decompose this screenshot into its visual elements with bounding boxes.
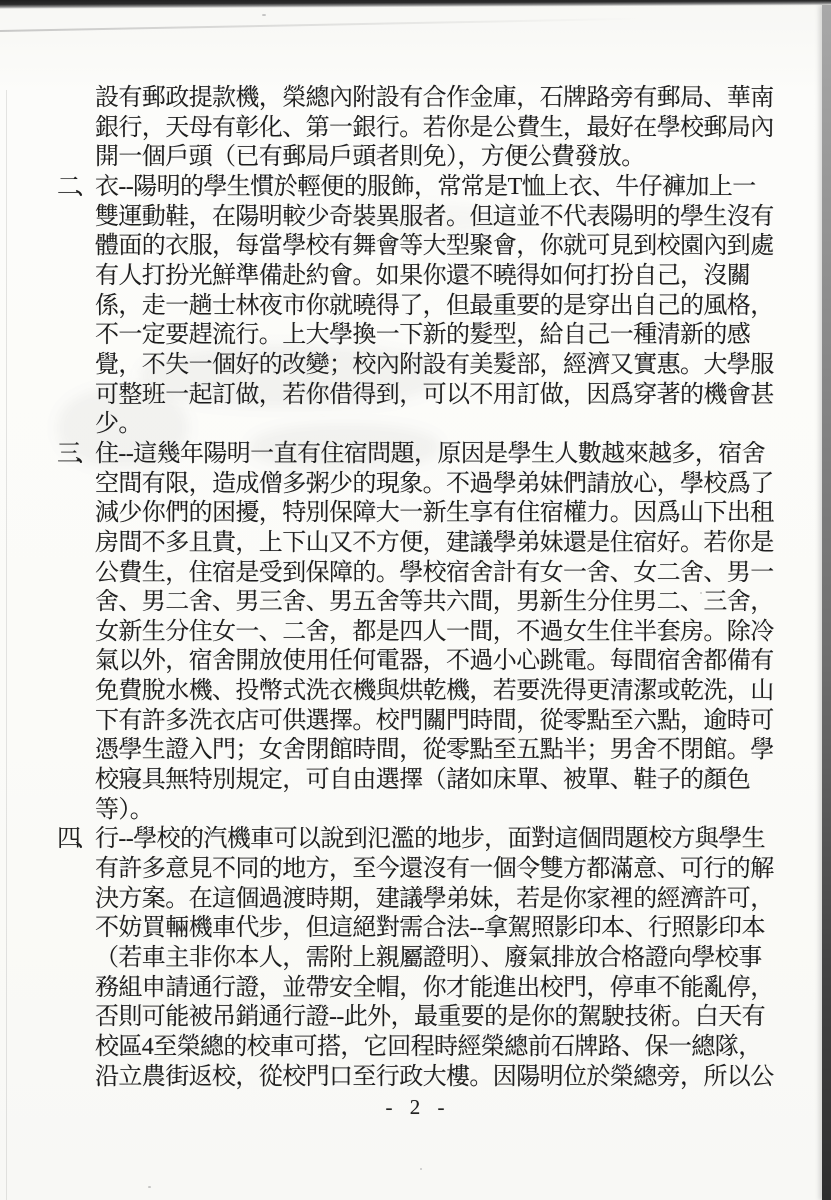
text-line: 覺，不失一個好的改變；校內附設有美髮部，經濟又實惠。大學服 [57,351,779,381]
text-line: 係，走一趟士林夜市你就曉得了，但最重要的是穿出自己的風格， [57,292,779,322]
text-line: 二、衣--陽明的學生慣於輕便的服飾，常常是T恤上衣、牛仔褲加上一 [57,173,779,203]
text-line: 免費脫水機、投幣式洗衣機與烘乾機，若要洗得更清潔或乾洗，山 [57,677,779,707]
text-line: 憑學生證入門；女舍閉館時間，從零點至五點半；男舍不閉館。學 [57,736,779,766]
item-transport: 四、行--學校的汽機車可以說到氾濫的地步，面對這個問題校方與學生有許多意見不同的… [57,825,779,1092]
text-line: 女新生分住女一、二舍，都是四人一間，不過女生住半套房。除冷 [57,618,779,648]
text-line: 三、住--這幾年陽明一直有住宿問題，原因是學生人數越來越多，宿舍 [57,440,779,470]
text-line: 沿立農街返校，從校門口至行政大樓。因陽明位於榮總旁，所以公 [57,1063,779,1093]
text-line: 空間有限，造成僧多粥少的現象。不過學弟妹們請放心，學校爲了 [57,470,779,500]
page-number: - 2 - [57,1093,779,1123]
text-line: 雙運動鞋，在陽明較少奇裝異服者。但這並不代表陽明的學生沒有 [57,203,779,233]
scan-speck [262,14,266,16]
text-line: 下有許多洗衣店可供選擇。校門關門時間，從零點至六點，逾時可 [57,707,779,737]
text-line: 校區4至榮總的校車可搭，它回程時經榮總前石牌路、保一總隊， [57,1033,779,1063]
text-line: 可整班一起訂做，若你借得到，可以不用訂做，因爲穿著的機會甚 [57,381,779,411]
text-line: 少。 [57,410,779,440]
text-line: 減少你們的困擾，特別保障大一新生享有住宿權力。因爲山下出租 [57,499,779,529]
text-line: 不妨買輛機車代步，但這絕對需合法--拿駕照影印本、行照影印本 [57,914,779,944]
item-marker: 三、 [57,440,95,470]
item-clothing: 二、衣--陽明的學生慣於輕便的服飾，常常是T恤上衣、牛仔褲加上一雙運動鞋，在陽明… [57,173,779,440]
text-line: 房間不多且貴，上下山又不方便，建議學弟妹還是住宿好。若你是 [57,529,779,559]
text-line: 等）。 [57,796,779,826]
item-marker: 四、 [57,825,95,855]
scan-diagonal-line-artifact [0,18,640,32]
text-line: 有許多意見不同的地方，至今還沒有一個令雙方都滿意、可行的解 [57,855,779,885]
text-line: 校寢具無特別規定，可自由選擇（諸如床單、被單、鞋子的顏色 [57,766,779,796]
text-line: 不一定要趕流行。上大學換一下新的髮型，給自己一種清新的感 [57,321,779,351]
text-line: 公費生，住宿是受到保障的。學校宿舍計有女一舍、女二舍、男一 [57,559,779,589]
scan-speck [420,1168,422,1170]
text-line: 開一個戶頭（已有郵局戶頭者則免），方便公費發放。 [57,143,779,173]
text-line: 氣以外，宿舍開放使用任何電器，不過小心跳電。每間宿舍都備有 [57,647,779,677]
scan-left-line-artifact [6,90,7,1200]
scan-top-edge-artifact [0,0,831,9]
text-line: 否則可能被吊銷通行證--此外，最重要的是你的駕駛技術。白天有 [57,1003,779,1033]
text-line: 決方案。在這個過渡時期，建議學弟妹，若是你家裡的經濟許可， [57,885,779,915]
scan-speck [148,1186,151,1188]
text-line: 四、行--學校的汽機車可以說到氾濫的地步，面對這個問題校方與學生 [57,825,779,855]
scanned-page: 設有郵政提款機，榮總內附設有合作金庫，石牌路旁有郵局、華南銀行，天母有彰化、第一… [0,0,831,1200]
text-line: 體面的衣服，每當學校有舞會等大型聚會，你就可見到校園內到處 [57,232,779,262]
text-line: 有人打扮光鮮準備赴約會。如果你還不曉得如何打扮自己，沒關 [57,262,779,292]
text-line: 設有郵政提款機，榮總內附設有合作金庫，石牌路旁有郵局、華南 [57,84,779,114]
scan-right-edge-artifact [822,5,831,1200]
document-text: 設有郵政提款機，榮總內附設有合作金庫，石牌路旁有郵局、華南銀行，天母有彰化、第一… [57,84,779,1123]
intro-continuation: 設有郵政提款機，榮總內附設有合作金庫，石牌路旁有郵局、華南銀行，天母有彰化、第一… [57,84,779,173]
text-line: （若車主非你本人，需附上親屬證明）、廢氣排放合格證向學校事 [57,944,779,974]
text-line: 舍、男二舍、男三舍、男五舍等共六間，男新生分住男二、三舍， [57,588,779,618]
text-line: 銀行，天母有彰化、第一銀行。若你是公費生，最好在學校郵局內 [57,114,779,144]
paragraph-container: 設有郵政提款機，榮總內附設有合作金庫，石牌路旁有郵局、華南銀行，天母有彰化、第一… [57,84,779,1092]
item-marker: 二、 [57,173,95,203]
text-line: 務組申請通行證，並帶安全帽，你才能進出校門，停車不能亂停， [57,974,779,1004]
item-housing: 三、住--這幾年陽明一直有住宿問題，原因是學生人數越來越多，宿舍空間有限，造成僧… [57,440,779,826]
